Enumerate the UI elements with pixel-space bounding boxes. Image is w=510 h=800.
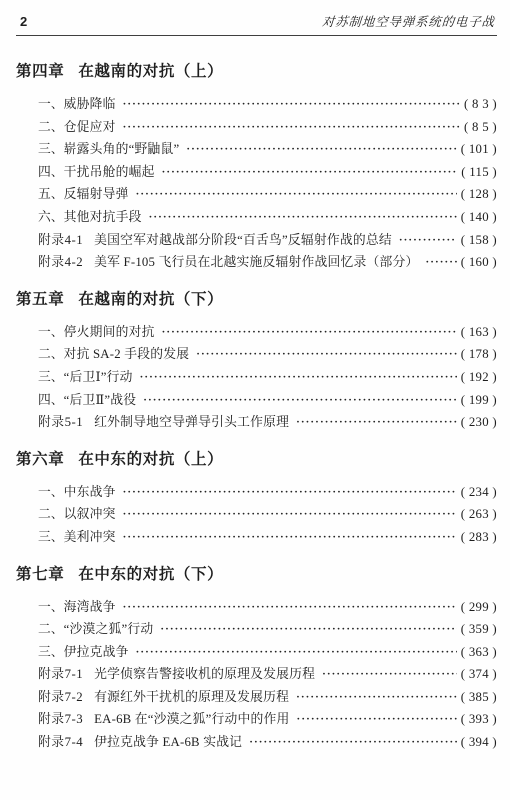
entry-title: 仓促应对	[64, 116, 116, 139]
toc-page: 2 对苏制地空导弹系统的电子战 第四章在越南的对抗（上）一、威胁降临( 8 3 …	[0, 0, 510, 800]
entry-page-number: ( 128 )	[461, 183, 497, 206]
chapter-title: 在越南的对抗（上）	[78, 63, 223, 80]
entry-title: 中东战争	[64, 481, 116, 504]
entry-title: 停火期间的对抗	[64, 321, 155, 344]
entry-number: 六、	[38, 206, 64, 229]
entry-page-number: ( 199 )	[461, 389, 497, 412]
chapter-title: 在越南的对抗（下）	[78, 291, 223, 308]
toc-entry: 四、“后卫Ⅱ”战役( 199 )	[38, 389, 497, 412]
entry-page-number: ( 101 )	[461, 138, 497, 161]
chapter-title: 在中东的对抗（上）	[78, 451, 223, 468]
toc-entry: 附录4-2美军 F-105 飞行员在北越实施反辐射作战回忆录（部分）( 160 …	[38, 251, 497, 274]
entry-number: 一、	[38, 93, 64, 116]
chapter-heading: 第五章在越南的对抗（下）	[16, 290, 497, 310]
dot-leader	[425, 251, 456, 274]
toc-entry: 三、美利冲突( 283 )	[38, 526, 497, 549]
entry-title: 红外制导地空导弹导引头工作原理	[94, 411, 289, 434]
entry-number: 三、	[38, 366, 64, 389]
chapter-entries: 一、威胁降临( 8 3 )二、仓促应对( 8 5 )三、崭露头角的“野鼬鼠”( …	[16, 93, 497, 274]
entry-page-number: ( 363 )	[461, 641, 497, 664]
toc-entry: 一、威胁降临( 8 3 )	[38, 93, 497, 116]
dot-leader	[162, 161, 458, 184]
toc-entry: 附录7-1光学侦察告警接收机的原理及发展历程( 374 )	[38, 663, 497, 686]
entry-page-number: ( 234 )	[461, 481, 497, 504]
dot-leader	[123, 93, 460, 116]
entry-title: 干扰吊舱的崛起	[64, 161, 155, 184]
toc-entry: 五、反辐射导弹( 128 )	[38, 183, 497, 206]
entry-number: 附录7-3	[38, 708, 83, 731]
dot-leader	[186, 138, 456, 161]
entry-title: 以叙冲突	[64, 503, 116, 526]
entry-number: 二、	[38, 618, 64, 641]
dot-leader	[123, 526, 457, 549]
chapter-number: 第七章	[16, 566, 64, 583]
chapter-entries: 一、海湾战争( 299 )二、“沙漠之狐”行动( 359 )三、伊拉克战争( 3…	[16, 596, 497, 754]
entry-number: 一、	[38, 321, 64, 344]
chapter-heading: 第七章在中东的对抗（下）	[16, 565, 497, 585]
entry-number: 一、	[38, 596, 64, 619]
entry-page-number: ( 299 )	[461, 596, 497, 619]
dot-leader	[249, 731, 457, 754]
entry-title: 对抗 SA-2 手段的发展	[64, 343, 190, 366]
toc-entry: 附录7-4伊拉克战争 EA-6B 实战记( 394 )	[38, 731, 497, 754]
dot-leader	[399, 229, 457, 252]
entry-page-number: ( 394 )	[461, 731, 497, 754]
entry-page-number: ( 230 )	[461, 411, 497, 434]
chapter-heading: 第六章在中东的对抗（上）	[16, 450, 497, 470]
toc-entry: 附录7-2有源红外干扰机的原理及发展历程( 385 )	[38, 686, 497, 709]
dot-leader	[149, 206, 457, 229]
toc-entry: 二、仓促应对( 8 5 )	[38, 116, 497, 139]
running-title: 对苏制地空导弹系统的电子战	[321, 12, 495, 30]
running-header: 2 对苏制地空导弹系统的电子战	[16, 12, 497, 36]
entry-page-number: ( 359 )	[461, 618, 497, 641]
entry-number: 二、	[38, 503, 64, 526]
chapter-number: 第五章	[16, 291, 64, 308]
entry-page-number: ( 374 )	[461, 663, 497, 686]
entry-number: 附录4-2	[38, 251, 83, 274]
chapter-heading: 第四章在越南的对抗（上）	[16, 62, 497, 82]
entry-title: EA-6B 在“沙漠之狐”行动中的作用	[94, 708, 289, 731]
entry-page-number: ( 192 )	[461, 366, 497, 389]
entry-number: 一、	[38, 481, 64, 504]
entry-number: 二、	[38, 116, 64, 139]
chapter-entries: 一、停火期间的对抗( 163 )二、对抗 SA-2 手段的发展( 178 )三、…	[16, 321, 497, 434]
entry-title: 美国空军对越战部分阶段“百舌鸟”反辐射作战的总结	[94, 229, 392, 252]
toc-entry: 三、“后卫Ⅰ”行动( 192 )	[38, 366, 497, 389]
dot-leader	[136, 183, 457, 206]
entry-page-number: ( 8 3 )	[464, 93, 497, 116]
entry-page-number: ( 140 )	[461, 206, 497, 229]
toc-entry: 二、对抗 SA-2 手段的发展( 178 )	[38, 343, 497, 366]
entry-title: 光学侦察告警接收机的原理及发展历程	[94, 663, 315, 686]
entry-number: 四、	[38, 389, 64, 412]
toc-entry: 一、停火期间的对抗( 163 )	[38, 321, 497, 344]
toc-entry: 三、伊拉克战争( 363 )	[38, 641, 497, 664]
entry-number: 三、	[38, 641, 64, 664]
entry-title: “后卫Ⅱ”战役	[64, 389, 137, 412]
chapter-section: 第五章在越南的对抗（下）一、停火期间的对抗( 163 )二、对抗 SA-2 手段…	[16, 290, 497, 434]
page-number: 2	[20, 14, 27, 29]
entry-number: 附录4-1	[38, 229, 83, 252]
toc-entry: 附录7-3EA-6B 在“沙漠之狐”行动中的作用( 393 )	[38, 708, 497, 731]
dot-leader	[297, 708, 457, 731]
toc-entry: 二、以叙冲突( 263 )	[38, 503, 497, 526]
entry-number: 五、	[38, 183, 64, 206]
toc-entry: 六、其他对抗手段( 140 )	[38, 206, 497, 229]
entry-title: 海湾战争	[64, 596, 116, 619]
dot-leader	[123, 481, 457, 504]
chapter-number: 第四章	[16, 63, 64, 80]
dot-leader	[123, 116, 460, 139]
chapter-section: 第七章在中东的对抗（下）一、海湾战争( 299 )二、“沙漠之狐”行动( 359…	[16, 565, 497, 754]
dot-leader	[123, 503, 457, 526]
entry-page-number: ( 8 5 )	[464, 116, 497, 139]
dot-leader	[143, 389, 457, 412]
toc-entry: 一、中东战争( 234 )	[38, 481, 497, 504]
toc-entry: 三、崭露头角的“野鼬鼠”( 101 )	[38, 138, 497, 161]
entry-page-number: ( 393 )	[461, 708, 497, 731]
toc-entry: 四、干扰吊舱的崛起( 115 )	[38, 161, 497, 184]
entry-title: 伊拉克战争 EA-6B 实战记	[94, 731, 242, 754]
dot-leader	[296, 411, 457, 434]
entry-title: “沙漠之狐”行动	[64, 618, 154, 641]
entry-number: 附录7-4	[38, 731, 83, 754]
entry-number: 四、	[38, 161, 64, 184]
dot-leader	[162, 321, 457, 344]
entry-page-number: ( 263 )	[461, 503, 497, 526]
entry-number: 附录7-2	[38, 686, 83, 709]
entry-number: 三、	[38, 138, 64, 161]
entry-number: 附录5-1	[38, 411, 83, 434]
entry-title: “后卫Ⅰ”行动	[64, 366, 133, 389]
chapter-section: 第四章在越南的对抗（上）一、威胁降临( 8 3 )二、仓促应对( 8 5 )三、…	[16, 62, 497, 274]
entry-page-number: ( 158 )	[461, 229, 497, 252]
dot-leader	[296, 686, 457, 709]
dot-leader	[322, 663, 457, 686]
entry-page-number: ( 115 )	[461, 161, 497, 184]
dot-leader	[136, 641, 457, 664]
entry-page-number: ( 160 )	[461, 251, 497, 274]
entry-title: 美军 F-105 飞行员在北越实施反辐射作战回忆录（部分）	[94, 251, 418, 274]
entry-number: 附录7-1	[38, 663, 83, 686]
entry-title: 反辐射导弹	[64, 183, 129, 206]
entry-title: 有源红外干扰机的原理及发展历程	[94, 686, 289, 709]
toc-entry: 附录5-1红外制导地空导弹导引头工作原理( 230 )	[38, 411, 497, 434]
entry-title: 伊拉克战争	[64, 641, 129, 664]
toc-entry: 附录4-1美国空军对越战部分阶段“百舌鸟”反辐射作战的总结( 158 )	[38, 229, 497, 252]
toc-entry: 一、海湾战争( 299 )	[38, 596, 497, 619]
entry-number: 二、	[38, 343, 64, 366]
entry-title: 美利冲突	[64, 526, 116, 549]
chapter-section: 第六章在中东的对抗（上）一、中东战争( 234 )二、以叙冲突( 263 )三、…	[16, 450, 497, 549]
dot-leader	[196, 343, 457, 366]
entry-page-number: ( 385 )	[461, 686, 497, 709]
chapter-number: 第六章	[16, 451, 64, 468]
entry-page-number: ( 163 )	[461, 321, 497, 344]
dot-leader	[123, 596, 457, 619]
entry-number: 三、	[38, 526, 64, 549]
entry-page-number: ( 283 )	[461, 526, 497, 549]
table-of-contents: 第四章在越南的对抗（上）一、威胁降临( 8 3 )二、仓促应对( 8 5 )三、…	[16, 62, 497, 754]
chapter-title: 在中东的对抗（下）	[78, 566, 223, 583]
entry-page-number: ( 178 )	[461, 343, 497, 366]
dot-leader	[160, 618, 456, 641]
entry-title: 崭露头角的“野鼬鼠”	[64, 138, 180, 161]
dot-leader	[140, 366, 457, 389]
entry-title: 威胁降临	[64, 93, 116, 116]
chapter-entries: 一、中东战争( 234 )二、以叙冲突( 263 )三、美利冲突( 283 )	[16, 481, 497, 549]
entry-title: 其他对抗手段	[64, 206, 142, 229]
toc-entry: 二、“沙漠之狐”行动( 359 )	[38, 618, 497, 641]
